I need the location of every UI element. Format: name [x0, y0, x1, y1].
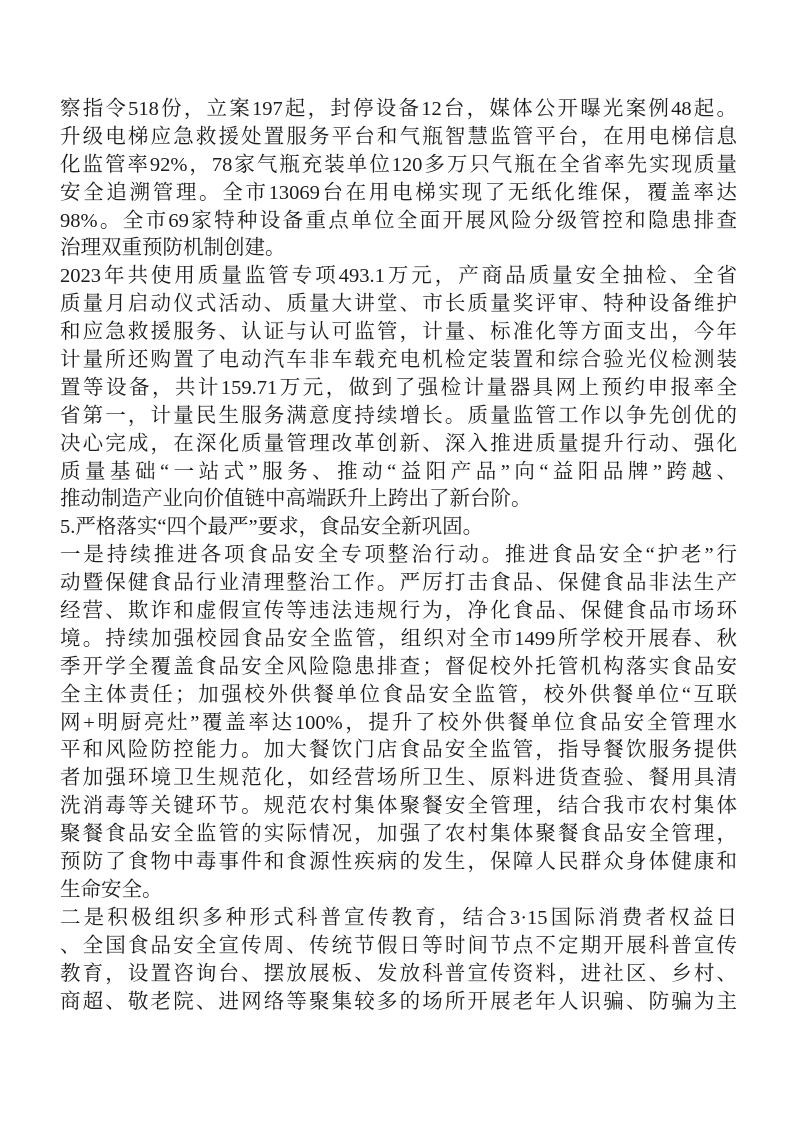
- text-line: 二是积极组织多种形式科普宣传教育，结合3·15国际消费者权益日: [60, 905, 737, 933]
- text-line: 察指令518份，立案197起，封停设备12台，媒体公开曝光案例48起。: [60, 96, 737, 124]
- text-line: 教育，设置咨询台、摆放展板、发放科普宣传资料，进社区、乡村、: [60, 961, 737, 989]
- text-line: 聚餐食品安全监管的实际情况，加强了农村集体聚餐食品安全管理，: [60, 821, 737, 849]
- text-line: 置等设备，共计159.71万元，做到了强检计量器具网上预约申报率全: [60, 375, 737, 403]
- text-line: 全主体责任；加强校外供餐单位食品安全监管，校外供餐单位“互联: [60, 682, 737, 710]
- text-line: 洗消毒等关键环节。规范农村集体聚餐安全管理，结合我市农村集体: [60, 793, 737, 821]
- text-line: 治理双重预防机制创建。: [60, 235, 737, 263]
- text-line: 2023年共使用质量监管专项493.1万元，产商品质量安全抽检、全省: [60, 263, 737, 291]
- text-line: 商超、敬老院、进网络等聚集较多的场所开展老年人识骗、防骗为主: [60, 989, 737, 1017]
- text-line: 省第一，计量民生服务满意度持续增长。质量监管工作以争先创优的: [60, 403, 737, 431]
- text-line: 升级电梯应急救援处置服务平台和气瓶智慧监管平台，在用电梯信息: [60, 124, 737, 152]
- text-line: 质量基础“一站式”服务、推动“益阳产品”向“益阳品牌”跨越、: [60, 459, 737, 487]
- text-line: 质量月启动仪式活动、质量大讲堂、市长质量奖评审、特种设备维护: [60, 291, 737, 319]
- text-line: 、全国食品安全宣传周、传统节假日等时间节点不定期开展科普宣传: [60, 933, 737, 961]
- text-line: 境。持续加强校园食品安全监管，组织对全市1499所学校开展春、秋: [60, 626, 737, 654]
- text-line: 动暨保健食品行业清理整治工作。严厉打击食品、保健食品非法生产: [60, 570, 737, 598]
- text-line: 5.严格落实“四个最严”要求，食品安全新巩固。: [60, 514, 737, 542]
- text-line: 者加强环境卫生规范化，如经营场所卫生、原料进货查验、餐用具清: [60, 765, 737, 793]
- text-line: 一是持续推进各项食品安全专项整治行动。推进食品安全“护老”行: [60, 542, 737, 570]
- text-line: 化监管率92%，78家气瓶充装单位120多万只气瓶在全省率先实现质量: [60, 152, 737, 180]
- text-line: 和应急救援服务、认证与认可监管，计量、标准化等方面支出，今年: [60, 319, 737, 347]
- text-line: 安全追溯管理。全市13069台在用电梯实现了无纸化维保，覆盖率达: [60, 180, 737, 208]
- text-line: 网+明厨亮灶”覆盖率达100%，提升了校外供餐单位食品安全管理水: [60, 710, 737, 738]
- text-line: 平和风险防控能力。加大餐饮门店食品安全监管，指导餐饮服务提供: [60, 737, 737, 765]
- document-page: 察指令518份，立案197起，封停设备12台，媒体公开曝光案例48起。升级电梯应…: [0, 0, 793, 1122]
- text-line: 季开学全覆盖食品安全风险隐患排查；督促校外托管机构落实食品安: [60, 654, 737, 682]
- text-line: 推动制造产业向价值链中高端跃升上跨出了新台阶。: [60, 486, 737, 514]
- text-line: 98%。全市69家特种设备重点单位全面开展风险分级管控和隐患排查: [60, 208, 737, 236]
- text-line: 生命安全。: [60, 877, 737, 905]
- document-body: 察指令518份，立案197起，封停设备12台，媒体公开曝光案例48起。升级电梯应…: [60, 96, 737, 1016]
- text-line: 计量所还购置了电动汽车非车载充电机检定装置和综合验光仪检测装: [60, 347, 737, 375]
- text-line: 经营、欺诈和虚假宣传等违法违规行为，净化食品、保健食品市场环: [60, 598, 737, 626]
- text-line: 决心完成，在深化质量管理改革创新、深入推进质量提升行动、强化: [60, 431, 737, 459]
- text-line: 预防了食物中毒事件和食源性疾病的发生，保障人民群众身体健康和: [60, 849, 737, 877]
